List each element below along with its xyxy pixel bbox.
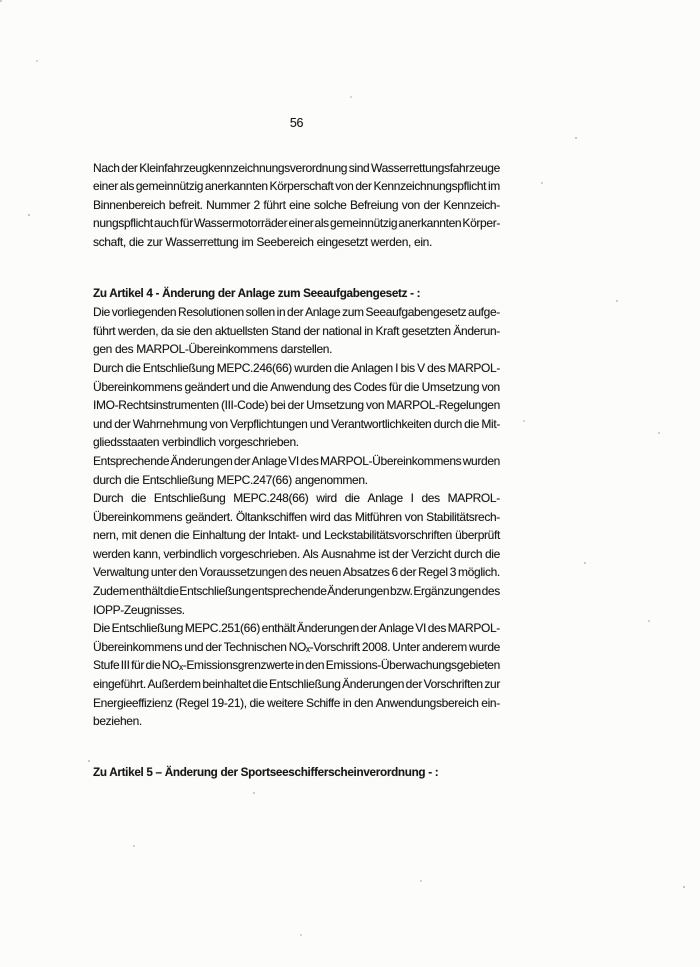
text-line: Binnenbereichbefreit.Nummer2führteinesol… [93, 196, 500, 215]
text-line: DieEntschließungMEPC.251(66)enthältÄnder… [93, 619, 500, 638]
para-resolutionen: DievorliegendenResolutionensolleninderAn… [93, 303, 500, 359]
text-line: schaft, die zur Wasserrettung im Seebere… [93, 233, 500, 252]
text-line: Übereinkommensgeändert.Öltankschiffenwir… [93, 508, 500, 527]
text-line: gen des MARPOL-Übereinkommens darstellen… [93, 340, 500, 359]
para-mepc-246-66: DurchdieEntschließungMEPC.246(66)wurdend… [93, 359, 500, 452]
text-line: DurchdieEntschließungMEPC.248(66)wirddie… [93, 489, 500, 508]
text-line: DurchdieEntschließungMEPC.246(66)wurdend… [93, 359, 500, 378]
para-mepc-251-66: DieEntschließungMEPC.251(66)enthältÄnder… [93, 619, 500, 731]
text-line: IMO-Rechtsinstrumenten(III-Code)beiderUm… [93, 396, 500, 415]
scanned-document-page: 56 NachderKleinfahrzeugkennzeichnungsver… [0, 0, 700, 967]
text-line: VerwaltungunterdenVoraussetzungendesneue… [93, 563, 500, 582]
heading-artikel-4: Zu Artikel 4 - Änderung der Anlage zum S… [93, 285, 500, 304]
text-line: undderWahrnehmungvonVerpflichtungenundVe… [93, 415, 500, 434]
page-content: 56 NachderKleinfahrzeugkennzeichnungsver… [93, 114, 500, 782]
text-line: beziehen. [93, 712, 500, 731]
text-line: ÜbereinkommensgeändertunddieAnwendungdes… [93, 378, 500, 397]
para-mepc-247-66: EntsprechendeÄnderungenderAnlageVIdesMAR… [93, 452, 500, 489]
text-line: EntsprechendeÄnderungenderAnlageVIdesMAR… [93, 452, 500, 471]
text-line: führtwerden,dasiedenaktuellstenStanddern… [93, 322, 500, 341]
text-line: eingeführt.AußerdembeinhaltetdieEntschli… [93, 675, 500, 694]
heading-line: Zu Artikel 5 – Änderung der Sportseeschi… [93, 764, 500, 783]
heading-artikel-5: Zu Artikel 5 – Änderung der Sportseeschi… [93, 764, 500, 783]
text-line: Energieeffizienz(Regel19-21),dieweitereS… [93, 694, 500, 713]
text-line: nungspflichtauchfürWassermotorrädereiner… [93, 214, 500, 233]
heading-line: Zu Artikel 4 - Änderung der Anlage zum S… [93, 285, 500, 304]
text-line: durch die Entschließung MEPC.247(66) ang… [93, 471, 500, 490]
para-mepc-248-66: DurchdieEntschließungMEPC.248(66)wirddie… [93, 489, 500, 619]
page-number: 56 [93, 114, 500, 133]
text-line: DievorliegendenResolutionensolleninderAn… [93, 303, 500, 322]
text-line: werdenkann,verbindlichvorgeschrieben.Als… [93, 545, 500, 564]
text-line: ÜbereinkommensundderTechnischenNOₓ-Vorsc… [93, 638, 500, 657]
text-line: ZudementhältdieEntschließungentsprechend… [93, 582, 500, 601]
content-blocks: NachderKleinfahrzeugkennzeichnungsverord… [93, 159, 500, 783]
text-line: eineralsgemeinnütziganerkanntenKörpersch… [93, 177, 500, 196]
scan-noise-speckles [0, 0, 2, 2]
text-line: nern,mitdenendieEinhaltungderIntakt-undL… [93, 526, 500, 545]
text-line: IOPP-Zeugnisses. [93, 601, 500, 620]
para-kleinfahrzeugkennzeichnung: NachderKleinfahrzeugkennzeichnungsverord… [93, 159, 500, 252]
text-line: gliedsstaaten verbindlich vorgeschrieben… [93, 433, 500, 452]
text-line: StufeIIIfürdieNOₓ-Emissionsgrenzwerteind… [93, 656, 500, 675]
text-line: NachderKleinfahrzeugkennzeichnungsverord… [93, 159, 500, 178]
